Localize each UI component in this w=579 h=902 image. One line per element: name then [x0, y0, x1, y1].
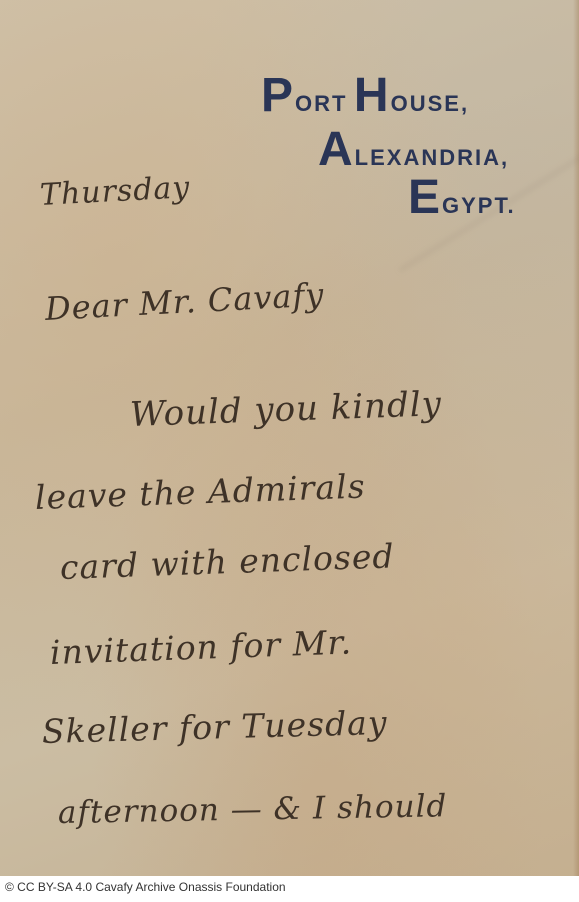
letterhead-text: LEXANDRIA,: [355, 145, 509, 170]
paper-edge: [573, 0, 579, 876]
letterhead-line-alexandria: ALEXANDRIA,: [318, 126, 509, 174]
letter-line: afternoon — & I should: [58, 788, 448, 831]
letter-line: invitation for Mr.: [49, 622, 352, 672]
letter-line: Would you kindly: [129, 384, 442, 435]
letterhead-text: OUSE,: [391, 91, 469, 116]
letterhead-initial: E: [408, 171, 442, 224]
letter-scan: PORT HOUSE, ALEXANDRIA, EGYPT. Thursday …: [0, 0, 579, 876]
letterhead-line-egypt: EGYPT.: [408, 174, 516, 222]
letter-salutation: Dear Mr. Cavafy: [44, 275, 325, 328]
letter-date: Thursday: [39, 170, 191, 213]
letter-line: leave the Admirals: [34, 466, 366, 517]
letter-line: Skeller for Tuesday: [41, 703, 387, 751]
letterhead-initial: P: [261, 69, 295, 122]
letter-line: card with enclosed: [59, 536, 395, 587]
letterhead-initial: H: [354, 69, 391, 122]
letterhead-text: GYPT.: [442, 193, 516, 218]
copyright-caption: © CC BY-SA 4.0 Cavafy Archive Onassis Fo…: [5, 880, 286, 894]
letterhead-text: ORT: [295, 91, 347, 116]
letterhead-initial: A: [318, 123, 355, 176]
letterhead-line-port-house: PORT HOUSE,: [261, 72, 469, 120]
